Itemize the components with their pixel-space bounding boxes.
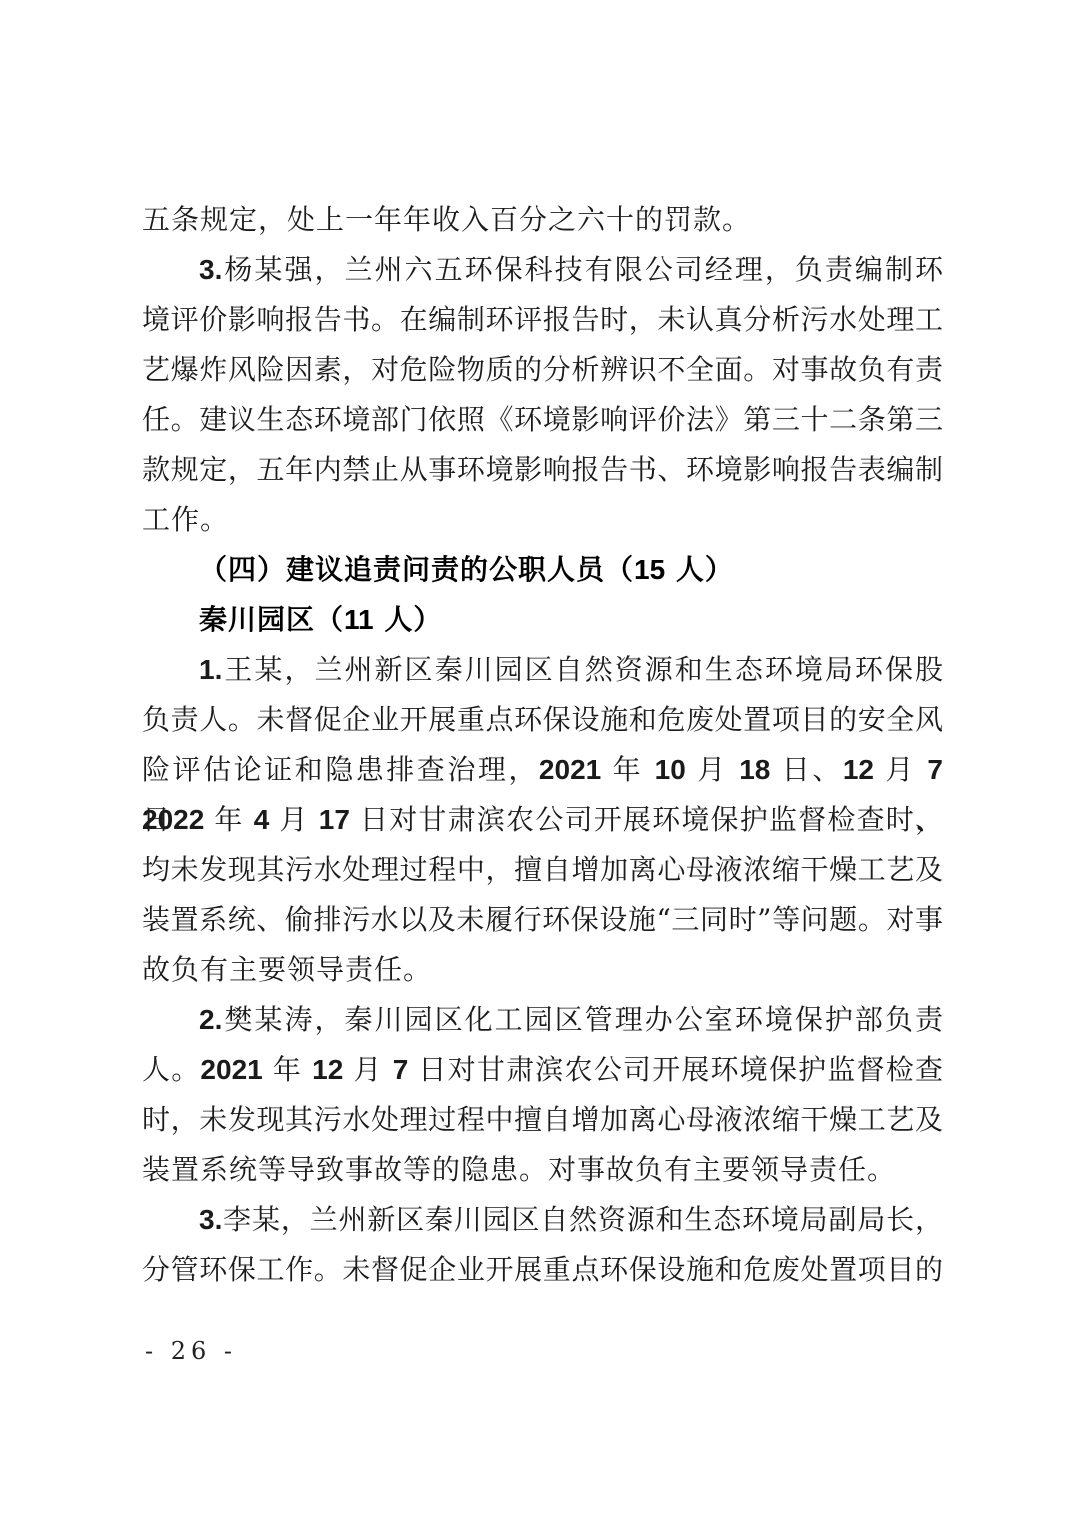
text-run: 秦川园区（ [199, 603, 344, 636]
text-run: 月 [269, 803, 318, 836]
text-run: 年 [263, 1053, 312, 1086]
numeral: 15 [634, 554, 665, 585]
text-line: 工作。 [142, 495, 943, 545]
text-run: 境评价影响报告书。在编制环评报告时，未认真分析污水处理工 [142, 303, 943, 336]
text-run: 年 [601, 753, 654, 786]
text-run: 人。 [142, 1053, 200, 1086]
text-run: 杨某强，兰州六五环保科技有限公司经理，负责编制环 [222, 253, 943, 286]
text-line: 境评价影响报告书。在编制环评报告时，未认真分析污水处理工 [142, 295, 943, 345]
numeral: 7 [393, 1054, 409, 1085]
text-run: 王某，兰州新区秦川园区自然资源和生态环境局环保股 [222, 653, 943, 686]
text-run: 装置系统、偷排污水以及未履行环保设施“三同时”等问题。对事 [142, 903, 943, 936]
text-line: 五条规定，处上一年年收入百分之六十的罚款。 [142, 195, 943, 245]
text-run: 任。建议生态环境部门依照《环境影响评价法》第三十二条第三 [142, 403, 943, 436]
numeral: 2021 [539, 754, 601, 785]
list-number: 3. [199, 254, 222, 285]
list-number: 3. [199, 1204, 222, 1235]
text-line: 2.樊某涛，秦川园区化工园区管理办公室环境保护部负责 [142, 995, 943, 1045]
text-run: 月 [343, 1053, 392, 1086]
text-run: 日对甘肃滨农公司开展环境保护监督检查 [408, 1053, 943, 1086]
text-run: 樊某涛，秦川园区化工园区管理办公室环境保护部负责 [222, 1003, 943, 1036]
text-run: 李某，兰州新区秦川园区自然资源和生态环境局副局长， [222, 1203, 943, 1236]
text-line: 负责人。未督促企业开展重点环保设施和危废处置项目的安全风 [142, 695, 943, 745]
text-run: 年 [204, 803, 253, 836]
numeral: 4 [254, 804, 270, 835]
section-heading: 秦川园区（11 人） [142, 595, 943, 645]
text-run: （四）建议追责问责的公职人员（ [199, 553, 634, 586]
numeral: 7 [927, 754, 943, 785]
document-page: { "page": { "background": "#ffffff", "te… [0, 0, 1080, 1528]
text-line: 款规定，五年内禁止从事环境影响报告书、环境影响报告表编制 [142, 445, 943, 495]
text-line: 装置系统、偷排污水以及未履行环保设施“三同时”等问题。对事 [142, 895, 943, 945]
text-run: 均未发现其污水处理过程中，擅自增加离心母液浓缩干燥工艺及 [142, 853, 943, 886]
text-line: 险评估论证和隐患排查治理，2021 年 10 月 18 日、12 月 7 日、 [142, 745, 943, 795]
text-run: 装置系统等导致事故等的隐患。对事故负有主要领导责任。 [142, 1153, 896, 1186]
text-run: 日对甘肃滨农公司开展环境保护监督检查时， [350, 803, 943, 836]
text-run: 故负有主要领导责任。 [142, 953, 432, 986]
list-number: 1. [199, 654, 222, 685]
text-line: 任。建议生态环境部门依照《环境影响评价法》第三十二条第三 [142, 395, 943, 445]
text-line: 1.王某，兰州新区秦川园区自然资源和生态环境局环保股 [142, 645, 943, 695]
list-number: 2. [199, 1004, 222, 1035]
text-line: 时，未发现其污水处理过程中擅自增加离心母液浓缩干燥工艺及 [142, 1095, 943, 1145]
text-line: 故负有主要领导责任。 [142, 945, 943, 995]
numeral: 17 [319, 804, 350, 835]
numeral: 18 [739, 754, 770, 785]
text-run: 人） [665, 553, 734, 586]
text-line: 人。2021 年 12 月 7 日对甘肃滨农公司开展环境保护监督检查 [142, 1045, 943, 1095]
text-run: 日、 [770, 753, 843, 786]
text-line: 3.李某，兰州新区秦川园区自然资源和生态环境局副局长， [142, 1195, 943, 1245]
numeral: 10 [655, 754, 686, 785]
numeral: 12 [312, 1054, 343, 1085]
page-number: - 26 - [145, 1336, 237, 1366]
text-run: 险评估论证和隐患排查治理， [142, 753, 539, 786]
text-line: 均未发现其污水处理过程中，擅自增加离心母液浓缩干燥工艺及 [142, 845, 943, 895]
text-run: 分管环保工作。未督促企业开展重点环保设施和危废处置项目的 [142, 1253, 943, 1286]
numeral: 2022 [142, 804, 204, 835]
text-run: 艺爆炸风险因素，对危险物质的分析辨识不全面。对事故负有责 [142, 353, 943, 386]
text-run: 时，未发现其污水处理过程中擅自增加离心母液浓缩干燥工艺及 [142, 1103, 943, 1136]
text-run: 月 [686, 753, 739, 786]
text-run: 工作。 [142, 503, 229, 536]
numeral: 2021 [200, 1054, 262, 1085]
text-line: 2022 年 4 月 17 日对甘肃滨农公司开展环境保护监督检查时， [142, 795, 943, 845]
text-line: 装置系统等导致事故等的隐患。对事故负有主要领导责任。 [142, 1145, 943, 1195]
numeral: 12 [843, 754, 874, 785]
text-run: 五条规定，处上一年年收入百分之六十的罚款。 [142, 203, 751, 236]
text-line: 3.杨某强，兰州六五环保科技有限公司经理，负责编制环 [142, 245, 943, 295]
text-run: 款规定，五年内禁止从事环境影响报告书、环境影响报告表编制 [142, 453, 943, 486]
text-run: 负责人。未督促企业开展重点环保设施和危废处置项目的安全风 [142, 703, 943, 736]
text-line: 分管环保工作。未督促企业开展重点环保设施和危废处置项目的 [142, 1245, 943, 1295]
page-content: 五条规定，处上一年年收入百分之六十的罚款。3.杨某强，兰州六五环保科技有限公司经… [142, 195, 943, 1295]
text-line: 艺爆炸风险因素，对危险物质的分析辨识不全面。对事故负有责 [142, 345, 943, 395]
section-heading: （四）建议追责问责的公职人员（15 人） [142, 545, 943, 595]
text-run: 月 [874, 753, 927, 786]
numeral: 11 [344, 604, 374, 635]
text-run: 人） [374, 603, 443, 636]
